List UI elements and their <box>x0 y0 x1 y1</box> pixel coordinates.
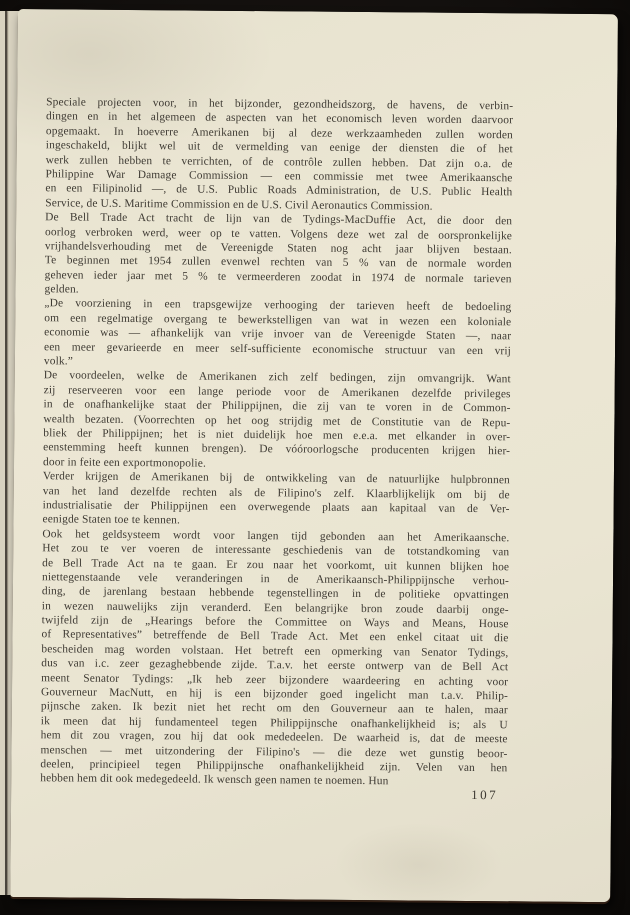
paragraph: De Bell Trade Act tracht de lijn van de … <box>44 210 512 300</box>
paragraph: De voordeelen, welke de Amerikanen zich … <box>43 369 511 474</box>
book-page: Speciale projecten voor, in het bijzonde… <box>10 9 618 902</box>
paragraph: Ook het geldsysteem wordt voor langen ti… <box>40 527 509 790</box>
text-block: Speciale projecten voor, in het bijzonde… <box>40 95 513 790</box>
page-fold-line <box>5 11 7 895</box>
paragraph: Speciale projecten voor, in het bijzonde… <box>45 95 513 214</box>
paragraph: Verder krijgen de Amerikanen bij de ontw… <box>42 469 509 531</box>
page-number: 107 <box>471 787 498 803</box>
paragraph: „De voorziening in een trapsgewijze verh… <box>44 297 512 373</box>
scan-background: Speciale projecten voor, in het bijzonde… <box>0 0 630 915</box>
